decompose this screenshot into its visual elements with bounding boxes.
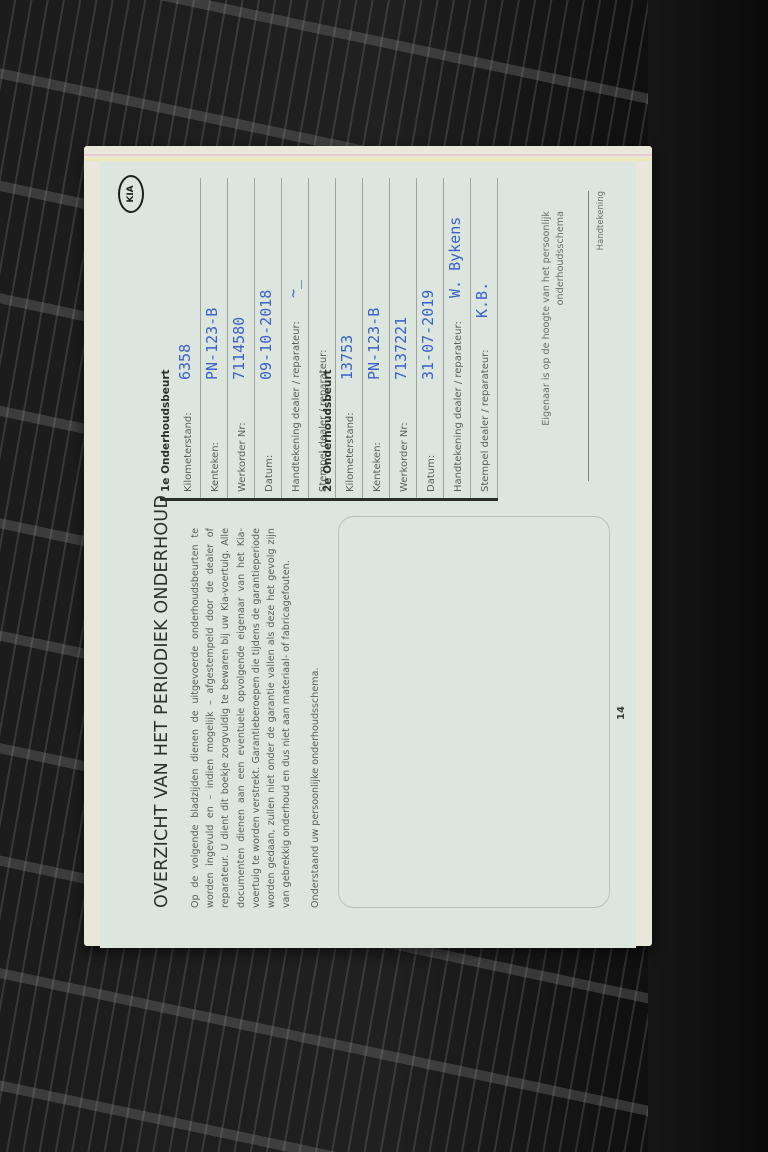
seat-leather-edge — [648, 0, 768, 1152]
field-kenteken: Kenteken:PN-123-B — [363, 178, 390, 498]
field-datum: Datum:31-07-2019 — [417, 178, 444, 498]
signature-scribble: ~_ — [280, 280, 306, 298]
field-label: Handtekening dealer / reparateur: — [291, 321, 302, 492]
field-value: 7137221 — [388, 317, 414, 380]
field-value: 09-10-2018 — [253, 290, 279, 380]
signature-line — [588, 191, 589, 481]
field-value: 7114580 — [226, 317, 252, 380]
field-label: Kenteken: — [372, 442, 383, 492]
service-record-2: 2e Onderhoudsbeurt Kilometerstand:13753 … — [322, 178, 498, 501]
field-value: 31-07-2019 — [415, 290, 441, 380]
owner-statement: Eigenaar is op de hoogte van het persoon… — [540, 211, 568, 471]
field-label: Werkorder Nr: — [399, 422, 410, 492]
field-handtekening: Handtekening dealer / reparateur:W. Byke… — [444, 178, 471, 498]
field-werkorder: Werkorder Nr:7114580 — [228, 178, 255, 498]
service-record-1: 1e Onderhoudsbeurt Kilometerstand:6358 K… — [160, 178, 336, 501]
field-stempel: Stempel dealer / reparateur:K.B. — [471, 178, 498, 498]
field-kilometerstand: Kilometerstand:6358 — [174, 178, 201, 498]
field-label: Stempel dealer / reparateur: — [480, 350, 491, 493]
field-label: Datum: — [426, 455, 437, 492]
page-edge-yellow — [84, 158, 652, 161]
service-records: 1e Onderhoudsbeurt Kilometerstand:6358 K… — [100, 171, 636, 501]
page-title: OVERZICHT VAN HET PERIODIEK ONDERHOUD — [152, 495, 172, 908]
kia-logo: KIA — [118, 175, 144, 213]
intro-paragraph: Op de volgende bladzijden dienen de uitg… — [188, 528, 294, 908]
field-datum: Datum:09-10-2018 — [255, 178, 282, 498]
field-label: Kilometerstand: — [183, 412, 194, 492]
field-handtekening: Handtekening dealer / reparateur:~_ — [282, 178, 309, 498]
booklet-page: OVERZICHT VAN HET PERIODIEK ONDERHOUD Op… — [100, 162, 636, 948]
field-label: Kenteken: — [210, 442, 221, 492]
page-edge-pink — [84, 154, 652, 156]
field-value: 13753 — [334, 335, 360, 380]
field-value: PN-123-B — [199, 308, 225, 380]
field-label: Kilometerstand: — [345, 412, 356, 492]
field-value: PN-123-B — [361, 308, 387, 380]
field-value: 6358 — [172, 344, 198, 380]
signature-label: Handtekening — [594, 191, 608, 451]
page-number: 14 — [616, 706, 627, 720]
schedule-box — [338, 516, 610, 908]
field-value: W. Bykens — [442, 217, 468, 298]
field-label: Werkorder Nr: — [237, 422, 248, 492]
field-label: Handtekening dealer / reparateur: — [453, 321, 464, 492]
field-kilometerstand: Kilometerstand:13753 — [336, 178, 363, 498]
schedule-note: Onderstaand uw persoonlijke onderhoudssc… — [310, 667, 321, 908]
field-werkorder: Werkorder Nr:7137221 — [390, 178, 417, 498]
field-label: Datum: — [264, 455, 275, 492]
service-header: 1e Onderhoudsbeurt — [160, 178, 174, 498]
field-kenteken: Kenteken:PN-123-B — [201, 178, 228, 498]
field-value: K.B. — [469, 282, 495, 318]
